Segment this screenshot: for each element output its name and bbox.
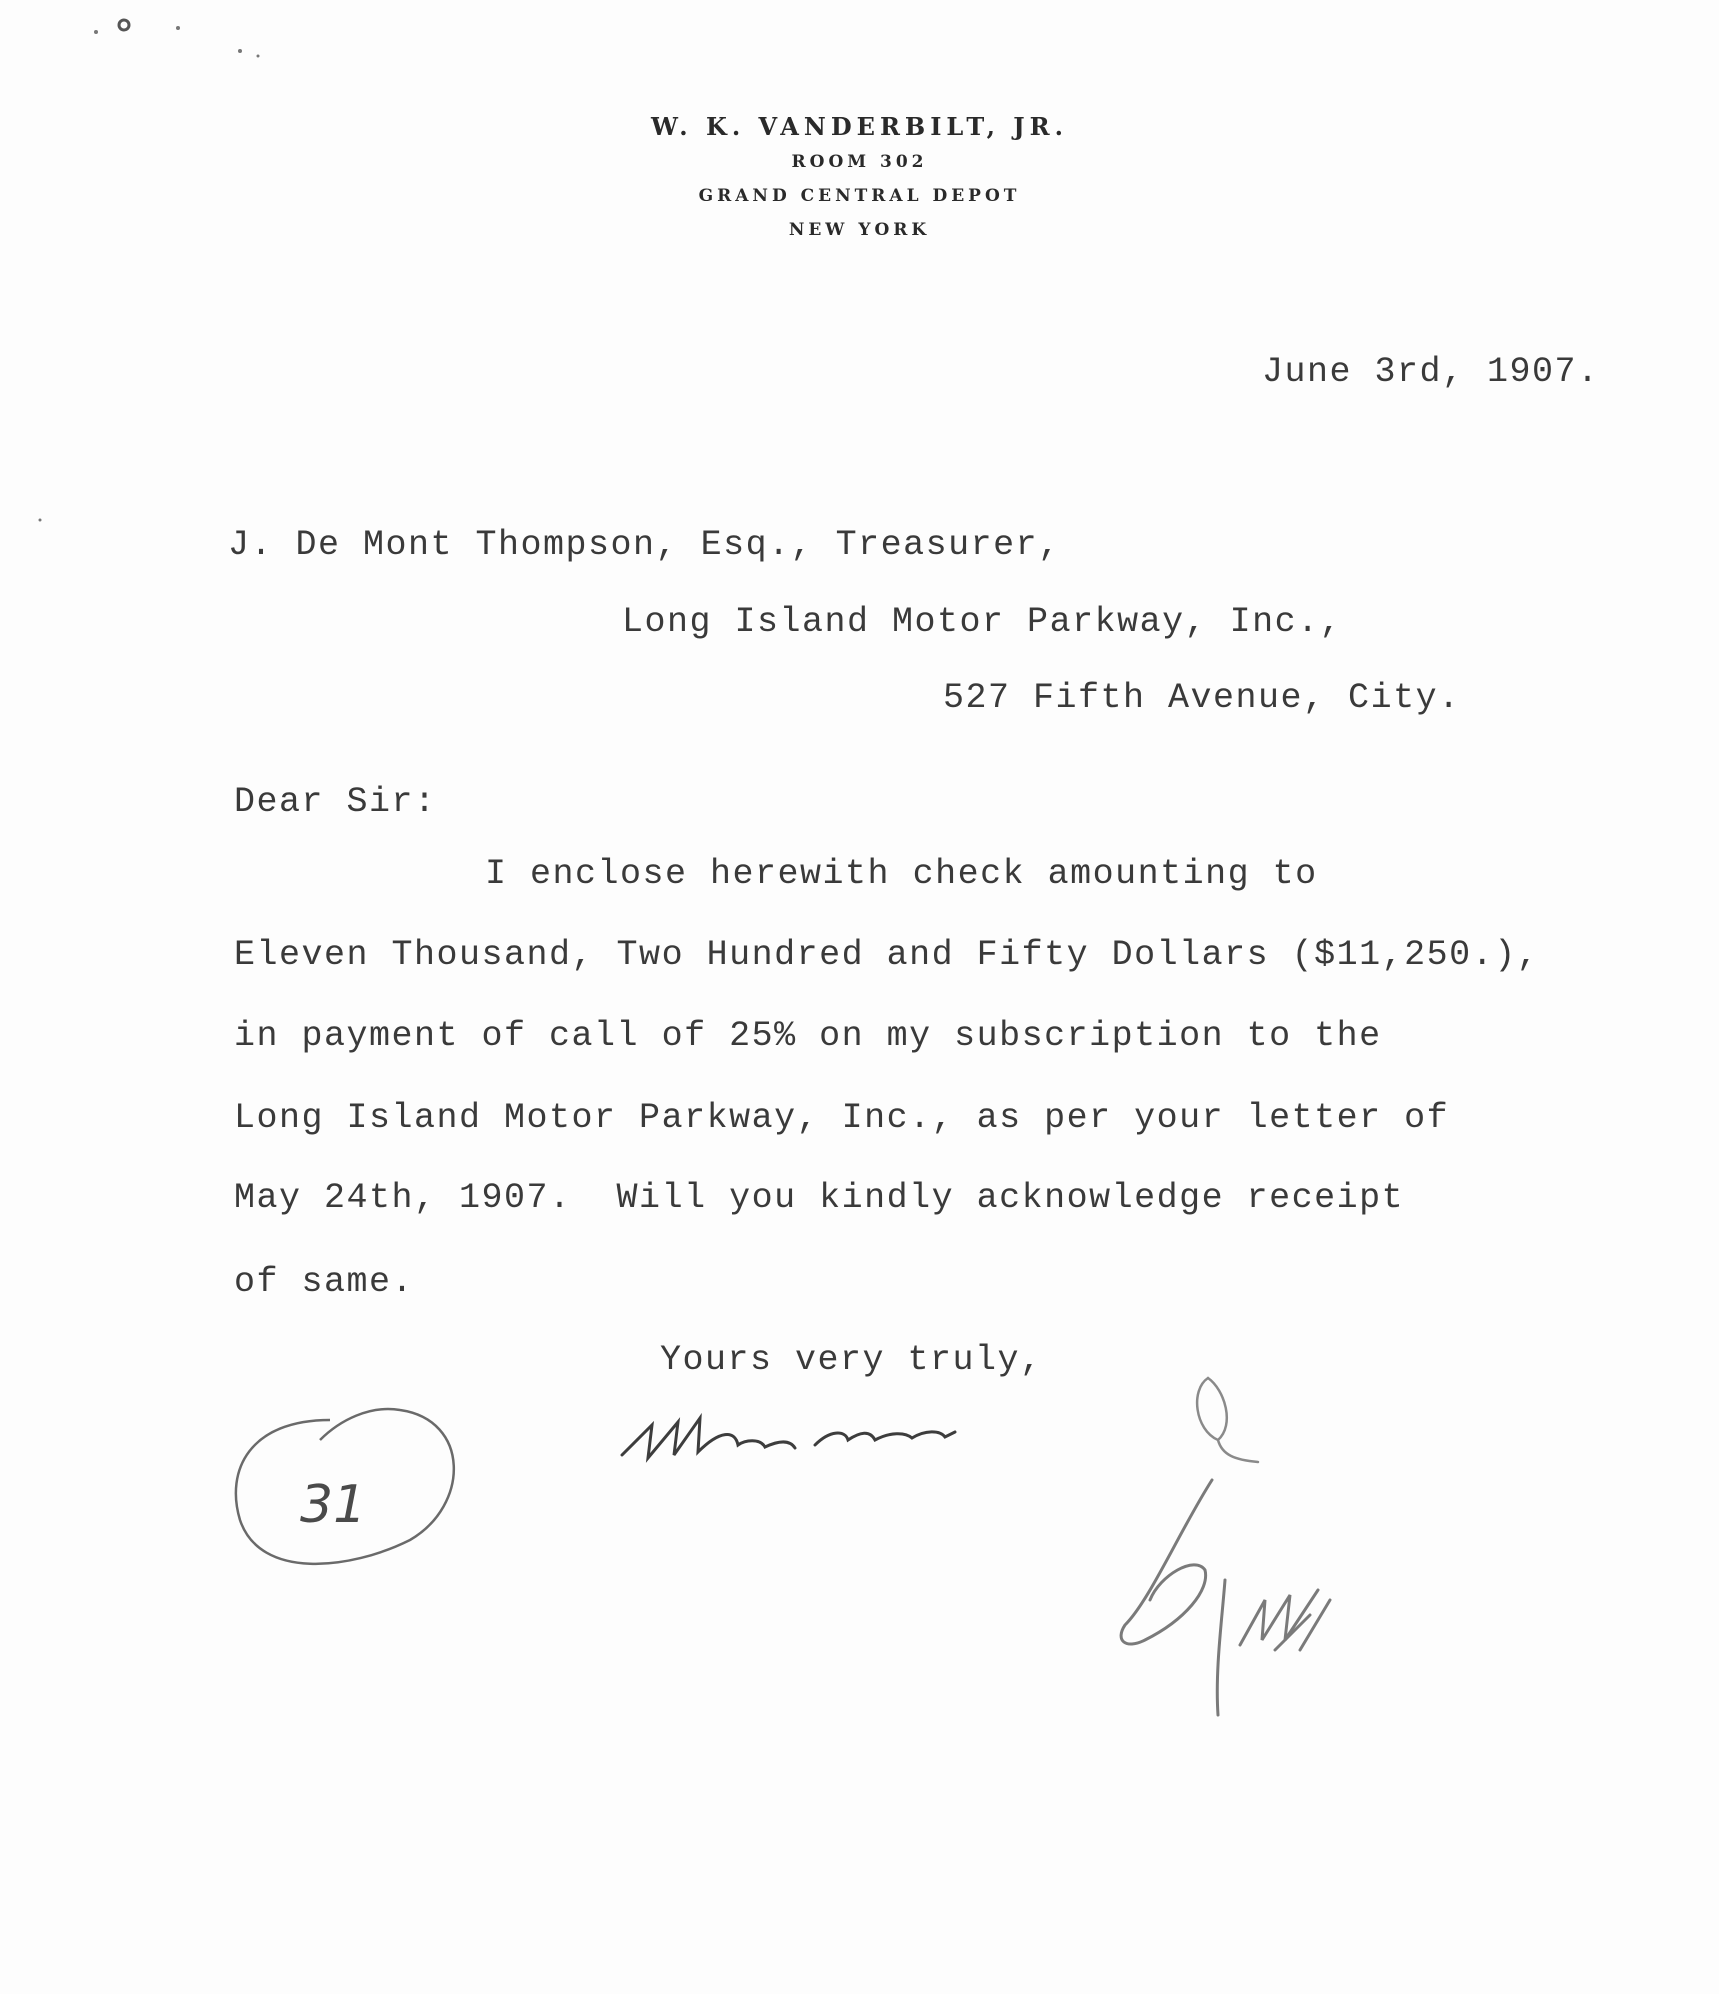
letterhead-building: GRAND CENTRAL DEPOT	[0, 186, 1719, 206]
letterhead-city: NEW YORK	[0, 220, 1719, 240]
addressee-line-1: J. De Mont Thompson, Esq., Treasurer,	[228, 525, 1061, 565]
letterhead-name: W. K. VANDERBILT, JR.	[0, 112, 1719, 141]
initials-mark	[1121, 1480, 1330, 1715]
salutation: Dear Sir:	[234, 782, 437, 822]
closing: Yours very truly,	[660, 1340, 1043, 1380]
body-line-6: of same.	[234, 1262, 414, 1302]
handwriting-layer: 31	[0, 0, 1719, 1994]
body-line-3: in payment of call of 25% on my subscrip…	[234, 1016, 1382, 1056]
letter-page: W. K. VANDERBILT, JR. ROOM 302 GRAND CEN…	[0, 0, 1719, 1994]
letterhead-room: ROOM 302	[0, 152, 1719, 172]
letter-date: June 3rd, 1907.	[1262, 352, 1600, 392]
circled-number-annotation: 31	[236, 1409, 454, 1564]
body-line-4: Long Island Motor Parkway, Inc., as per …	[234, 1098, 1449, 1138]
body-line-1: I enclose herewith check amounting to	[485, 854, 1318, 894]
scan-specks	[39, 20, 260, 522]
addressee-line-3: 527 Fifth Avenue, City.	[943, 678, 1461, 718]
signature	[622, 1378, 1258, 1462]
annotation-number: 31	[300, 1475, 366, 1535]
body-line-2: Eleven Thousand, Two Hundred and Fifty D…	[234, 935, 1539, 975]
addressee-line-2: Long Island Motor Parkway, Inc.,	[622, 602, 1342, 642]
body-line-5: May 24th, 1907. Will you kindly acknowle…	[234, 1178, 1404, 1218]
